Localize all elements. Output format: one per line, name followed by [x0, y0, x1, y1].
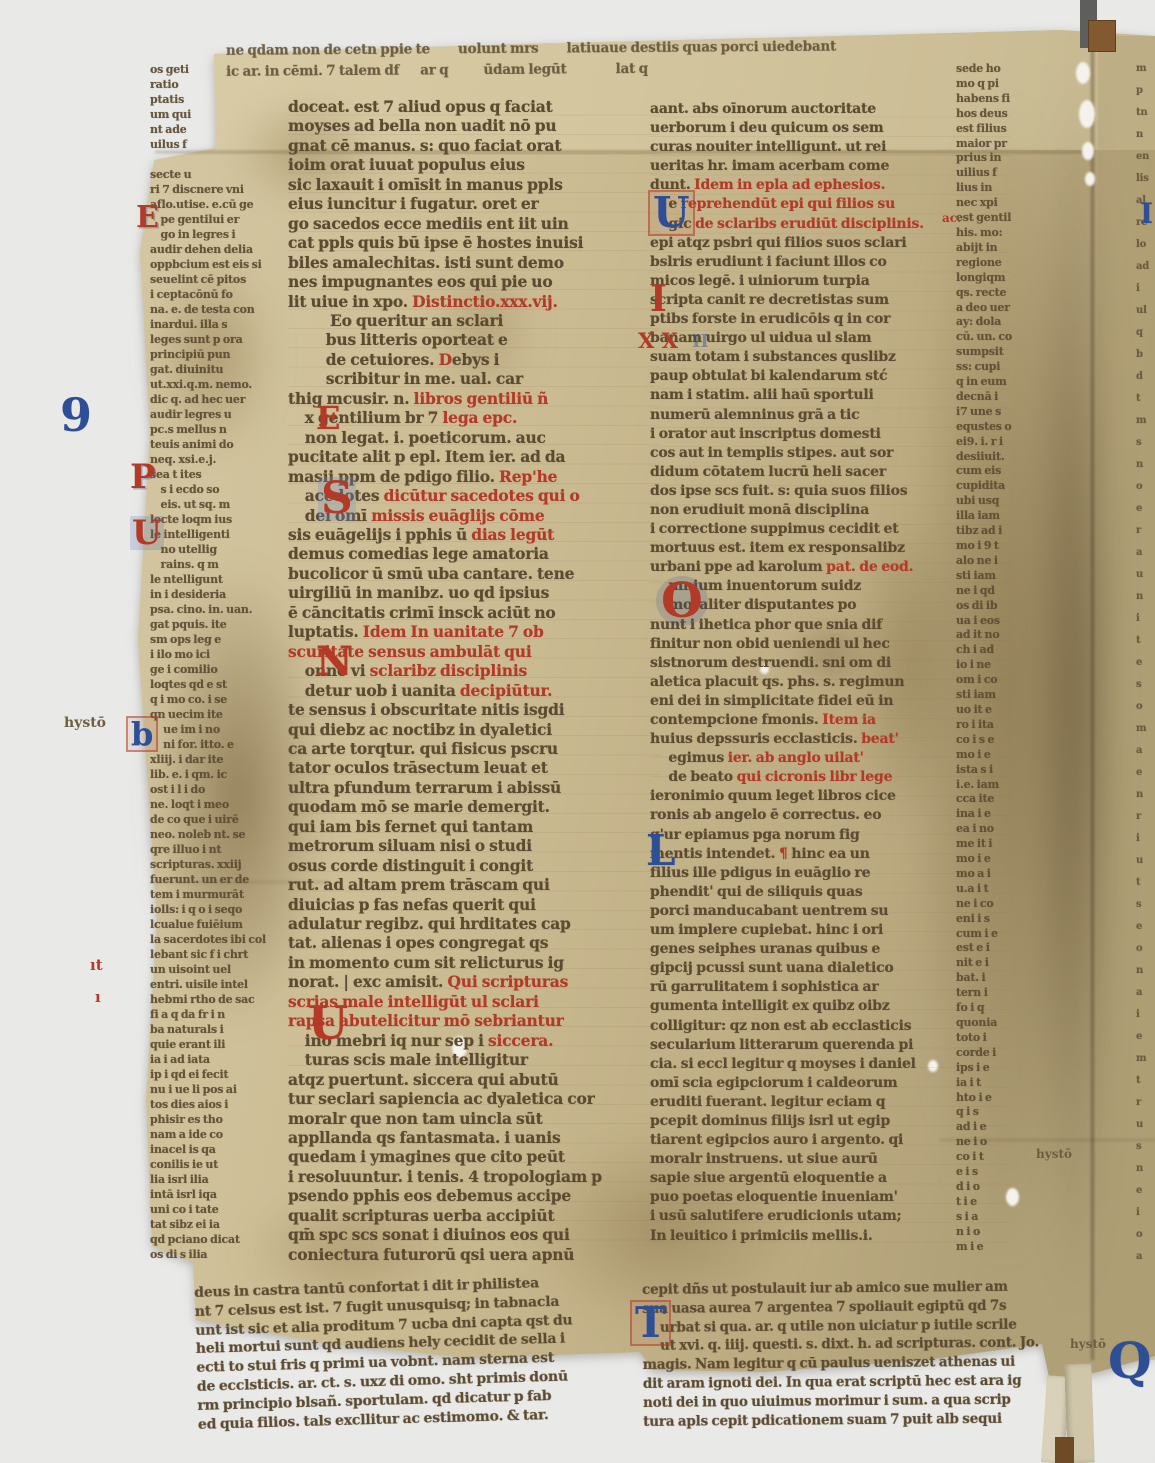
manuscript-line: te sensus i obscuritate nitis isgdi	[288, 700, 648, 719]
manuscript-line: tator oculos trāsectum leuat et	[288, 758, 648, 777]
manuscript-line: eni dei in simplicitate fidei eū in	[650, 692, 950, 711]
manuscript-line: ne. loqt i meo	[150, 797, 290, 812]
text-column-far-right-fragment: mptnnenlisalreloadiulqbdtmsnoeraunitesom…	[1136, 58, 1155, 1268]
manuscript-line: m	[1136, 1048, 1155, 1070]
manuscript-line: ultra pfundum terrarum i abissū	[288, 778, 648, 797]
manuscript-line: mo i e	[956, 852, 1048, 867]
manuscript-line: bucolicor ū smū uba cantare. tene	[288, 564, 648, 583]
manuscript-line: om i co	[956, 673, 1048, 688]
manuscript-line: i	[1136, 278, 1155, 300]
manuscript-line: appllanda qs fantasmata. i uanis	[288, 1128, 648, 1147]
manuscript-line: r	[1136, 520, 1155, 542]
manuscript-line: n	[1136, 454, 1155, 476]
manuscript-line: i ceptacōnū fo	[150, 287, 290, 302]
manuscript-line: gnat cē manus. s: quo faciat orat	[288, 136, 648, 155]
manuscript-line: qre illuo i nt	[150, 842, 290, 857]
manuscript-line: mortuus est. item ex responsalibz	[650, 539, 950, 558]
manuscript-line: e	[1136, 762, 1155, 784]
manuscript-line: nes impugnantes eos qui pie uo	[288, 272, 648, 291]
illuminated-initial-L: L	[646, 830, 676, 872]
manuscript-line: r	[1136, 1092, 1155, 1114]
manuscript-line: filius ille pdigus in euāglio re	[650, 864, 950, 883]
manuscript-line: o	[1136, 938, 1155, 960]
manuscript-line: um qui	[150, 107, 290, 122]
manuscript-line: tern i	[956, 986, 1048, 1001]
illuminated-initial-U: U	[130, 516, 164, 550]
manuscript-line: q	[1136, 322, 1155, 344]
manuscript-line: ista s i	[956, 763, 1048, 778]
manuscript-line: ei9. i. r i	[956, 435, 1048, 450]
manuscript-line: i7 une s	[956, 405, 1048, 420]
manuscript-line: b	[1136, 344, 1155, 366]
manuscript-line: i.e. iam	[956, 778, 1048, 793]
manuscript-line: prius in	[956, 151, 1048, 166]
manuscript-line: sti iam	[956, 688, 1048, 703]
manuscript-line: maior pr	[956, 137, 1048, 152]
manuscript-line: i	[1136, 608, 1155, 630]
manuscript-line: moyses ad bella non uadit nō pu	[288, 116, 648, 135]
manuscript-line: neo. noleb nt. se	[150, 827, 290, 842]
manuscript-line: ieronimio quum leget libros cice	[650, 787, 950, 806]
manuscript-line: os di ib	[956, 599, 1048, 614]
manuscript-line: equstes o	[956, 420, 1048, 435]
manuscript-line: hto i e	[956, 1091, 1048, 1106]
margin-mark: hystō	[1036, 1148, 1072, 1160]
manuscript-line: bslris erudiunt i faciunt illos co	[650, 253, 950, 272]
manuscript-line: lia isrl ilia	[150, 1172, 290, 1187]
manuscript-line: est gentil	[956, 211, 1048, 226]
manuscript-line: ad	[1136, 256, 1155, 278]
manuscript-line: epi atqz psbri qui filios suos sclari	[650, 234, 950, 253]
manuscript-line: ubi usq	[956, 494, 1048, 509]
manuscript-line: os di s ilia	[150, 1247, 290, 1262]
mounting-rod-bottom	[1055, 1437, 1074, 1463]
manuscript-line: ba naturals i	[150, 1022, 290, 1037]
manuscript-line: finitur non obid ueniendi ul hec	[650, 635, 950, 654]
wood-block	[1088, 20, 1116, 52]
manuscript-line: r	[1136, 806, 1155, 828]
manuscript-line: n	[1136, 1158, 1155, 1180]
manuscript-line: rains. q m	[150, 557, 290, 572]
manuscript-line: s	[1136, 432, 1155, 454]
manuscript-line: n i o	[956, 1225, 1048, 1240]
manuscript-line: m	[1136, 58, 1155, 80]
manuscript-line: sapie siue argentū eloquentie a	[650, 1169, 950, 1188]
manuscript-line: lo	[1136, 234, 1155, 256]
manuscript-line: sistnorum destruendi. sni om di	[650, 654, 950, 673]
manuscript-line: aletica placuit qs. phs. s. regimun	[650, 673, 950, 692]
manuscript-line: in i desideria	[150, 587, 290, 602]
tear-hole	[1079, 100, 1095, 128]
manuscript-line: osus corde distinguit i congit	[288, 856, 648, 875]
manuscript-line: non legat. i. poeticorum. auc	[288, 428, 648, 447]
manuscript-line: scripturas. xxiij	[150, 857, 290, 872]
manuscript-line: porci manducabant uentrem su	[650, 902, 950, 921]
manuscript-line: fi a q da fr i n	[150, 1007, 290, 1022]
manuscript-line: phisir es tho	[150, 1112, 290, 1127]
manuscript-line: ne i co	[956, 897, 1048, 912]
manuscript-line: a	[1136, 740, 1155, 762]
manuscript-line: uilus f	[150, 137, 290, 152]
manuscript-line: ratio	[150, 77, 290, 92]
manuscript-line: dunt. Idem in epla ad ephesios.	[650, 176, 950, 195]
manuscript-line: turas scis male intelligitur	[288, 1050, 648, 1069]
manuscript-line: micos legē. i uiniorum turpia	[650, 272, 950, 291]
manuscript-line: a	[1136, 542, 1155, 564]
margin-mark: I	[650, 281, 667, 317]
manuscript-line: huius depssuris ecclasticis. beat'	[650, 730, 950, 749]
manuscript-line: nt ade	[150, 122, 290, 137]
manuscript-line: aant. abs oīnorum auctoritate	[650, 100, 950, 119]
manuscript-line: t	[1136, 872, 1155, 894]
illuminated-initial-U: U	[648, 190, 695, 236]
manuscript-line: t i e	[956, 1195, 1048, 1210]
manuscript-line: co i s e	[956, 733, 1048, 748]
manuscript-line: um implere cupiebat. hinc i ori	[650, 921, 950, 940]
manuscript-line: eius iuncitur i fugatur. oret er	[288, 194, 648, 213]
manuscript-line: rut. ad altam prem trāscam qui	[288, 875, 648, 894]
manuscript-line: paup obtulat bi kalendarum stć	[650, 367, 950, 386]
manuscript-line: ē cāncitatis crimī insck aciūt no	[288, 603, 648, 622]
manuscript-line: go sacedos ecce mediis ent iit uin	[288, 214, 648, 233]
manuscript-line: le ntelligunt	[150, 572, 290, 587]
manuscript-line: q in eum	[956, 375, 1048, 390]
manuscript-line: colligitur: qz non est ab ecclasticis	[650, 1017, 950, 1036]
manuscript-line: pe gentilui er	[150, 212, 290, 227]
manuscript-line: s	[1136, 674, 1155, 696]
manuscript-line: cat ppls quis bū ipse ē hostes inuisi	[288, 233, 648, 252]
text-column-right-fragment: sede homo q pihabens fihos deusest filiu…	[956, 62, 1048, 1255]
manuscript-line: t	[1136, 388, 1155, 410]
margin-mark: 9	[60, 392, 92, 438]
manuscript-line: i	[1136, 1004, 1155, 1026]
manuscript-line: psa. cino. in. uan.	[150, 602, 290, 617]
manuscript-line: sic laxauit i omīsit in manus ppls	[288, 175, 648, 194]
tear-hole	[1082, 142, 1094, 160]
manuscript-line: i	[1136, 1202, 1155, 1224]
manuscript-line: neq. xsi.e.j.	[150, 452, 290, 467]
manuscript-line: cupidita	[956, 479, 1048, 494]
manuscript-line: seuelint cē pitos	[150, 272, 290, 287]
manuscript-line: pc.s mellus n	[150, 422, 290, 437]
manuscript-line: inacel is qa	[150, 1142, 290, 1157]
manuscript-line: qualit scripturas uerba accipiūt	[288, 1206, 648, 1225]
manuscript-line: bus litteris oporteat e	[288, 330, 648, 349]
manuscript-line: puo poetas eloquentie inueniam'	[650, 1188, 950, 1207]
manuscript-line: gipcij pcussi sunt uana dialetico	[650, 959, 950, 978]
manuscript-line: lit uiue in xpo. Distinctio.xxx.vij.	[288, 292, 648, 311]
manuscript-line: leges sunt p ora	[150, 332, 290, 347]
manuscript-line: un uisoint uel	[150, 962, 290, 977]
manuscript-line: quie erant ili	[150, 1037, 290, 1052]
manuscript-line: gumenta intelligit ex quibz oibz	[650, 997, 950, 1016]
manuscript-line: eni i s	[956, 912, 1048, 927]
manuscript-line: lcualue fuiēium	[150, 917, 290, 932]
manuscript-line: secte u	[150, 167, 290, 182]
manuscript-line: alo ne i	[956, 554, 1048, 569]
manuscript-line: egimus ier. ab anglo uilat'	[650, 749, 950, 768]
manuscript-line: audir dehen delia	[150, 242, 290, 257]
manuscript-line: oppbcium est eis si	[150, 257, 290, 272]
manuscript-line: qui iam bis fernet qui tantam	[288, 817, 648, 836]
manuscript-line: mo a i	[956, 867, 1048, 882]
manuscript-line: io i ne	[956, 658, 1048, 673]
manuscript-line: u	[1136, 850, 1155, 872]
manuscript-line: ia i t	[956, 1076, 1048, 1091]
manuscript-line: norat. | exc amisit. Qui scripturas	[288, 972, 648, 991]
manuscript-line: tibz ad i	[956, 524, 1048, 539]
manuscript-line: qm̄ spc scs sonat i diuinos eos qui	[288, 1225, 648, 1244]
manuscript-line: sumpsit	[956, 345, 1048, 360]
manuscript-line: os geti	[150, 62, 290, 77]
manuscript-line: sm ops leg e	[150, 632, 290, 647]
manuscript-line: a	[1136, 982, 1155, 1004]
manuscript-line: intā isrl iqa	[150, 1187, 290, 1202]
manuscript-line: qd pciano dicat	[150, 1232, 290, 1247]
manuscript-line: ptibs forste in erudicōis q in cor	[650, 310, 950, 329]
manuscript-line: no utellig	[150, 542, 290, 557]
manuscript-line: e	[1136, 652, 1155, 674]
manuscript-line: uni co i tate	[150, 1202, 290, 1217]
manuscript-line: moralr instruens. ut siue aurū	[650, 1150, 950, 1169]
manuscript-line: fuerunt. un er de	[150, 872, 290, 887]
text-column-left-fragment: os getiratioptatisum quint adeuilus f se…	[150, 62, 290, 1262]
manuscript-line: uilius f	[956, 166, 1048, 181]
manuscript-line: quonia	[956, 1016, 1048, 1031]
illuminated-initial-O: O	[656, 576, 708, 626]
illuminated-initial-U: U	[308, 1000, 348, 1046]
manuscript-line: in momento cum sit relicturus ig	[288, 953, 648, 972]
manuscript-line: e	[1136, 916, 1155, 938]
manuscript-line: de beato qui cicronis libr lege	[650, 768, 950, 787]
manuscript-line: loqtes qd e st	[150, 677, 290, 692]
manuscript-line: o	[1136, 1224, 1155, 1246]
manuscript-line: sis euāgelijs i pphis ū dias legūt	[288, 525, 648, 544]
tear-hole	[1085, 172, 1095, 186]
manuscript-line: tat. alienas i opes congregat qs	[288, 933, 648, 952]
manuscript-line: qs. recte	[956, 286, 1048, 301]
manuscript-line: u	[1136, 1114, 1155, 1136]
manuscript-line: ia i ad iata	[150, 1052, 290, 1067]
manuscript-line: moralr que non tam uincla sūt	[288, 1109, 648, 1128]
manuscript-line: e	[1136, 498, 1155, 520]
manuscript-line: corde i	[956, 1046, 1048, 1061]
manuscript-line: diuicias p fas nefas querit qui	[288, 895, 648, 914]
manuscript-line: contempcione fmonis. Item ia	[650, 711, 950, 730]
manuscript-line: mentis intendet. ¶ hinc ea un	[650, 845, 950, 864]
manuscript-line: e	[1136, 1180, 1155, 1202]
manuscript-line: tiarent egipcios auro i argento. qi	[650, 1131, 950, 1150]
manuscript-line: iolls: i q o i seqo	[150, 902, 290, 917]
margin-mark: hystō	[64, 716, 106, 730]
margin-mark: II	[692, 333, 709, 351]
manuscript-line: ut.xxi.q.m. nemo.	[150, 377, 290, 392]
manuscript-line: thig mcusir. n. libros gentiliū ñ	[288, 389, 648, 408]
manuscript-line: q i mo co. i se	[150, 692, 290, 707]
manuscript-line: phendit' qui de siliquis quas	[650, 883, 950, 902]
margin-mark: ı	[95, 990, 101, 1005]
manuscript-line: s	[1136, 894, 1155, 916]
manuscript-line: de co que i uirē	[150, 812, 290, 827]
manuscript-line: m	[1136, 718, 1155, 740]
manuscript-line: e	[1136, 1026, 1155, 1048]
illuminated-initial-T: T	[630, 1300, 671, 1346]
manuscript-line: ue im i no	[150, 722, 290, 737]
manuscript-line: me it i	[956, 837, 1048, 852]
manuscript-line: i	[1136, 828, 1155, 850]
illuminated-initial-E: E	[136, 203, 159, 233]
manuscript-line: ch i ad	[956, 643, 1048, 658]
manuscript-line: entri. uisile intel	[150, 977, 290, 992]
manuscript-line: m i e	[956, 1240, 1048, 1255]
manuscript-line: dic q. ad hec uer	[150, 392, 290, 407]
manuscript-line: metrorum siluam nisi o studi	[288, 836, 648, 855]
manuscript-line: co i t	[956, 1150, 1048, 1165]
manuscript-line: didum cōtatem lucrū heli sacer	[650, 463, 950, 482]
manuscript-line: ina i e	[956, 807, 1048, 822]
manuscript-line: gat pquis. ite	[150, 617, 290, 632]
manuscript-line: i correctione suppimus cecidit et	[650, 520, 950, 539]
manuscript-line: sti iam	[956, 569, 1048, 584]
manuscript-line: longiqm	[956, 271, 1048, 286]
manuscript-line: qui diebz ac noctibz in dyaletici	[288, 720, 648, 739]
manuscript-line: t	[1136, 630, 1155, 652]
manuscript-line: nam a ide co	[150, 1127, 290, 1142]
manuscript-line: scribitur in me. ual. car	[288, 369, 648, 388]
manuscript-line: dos ipse scs fuit. s: quia suos filios	[650, 482, 950, 501]
manuscript-line: na. e. de testa con	[150, 302, 290, 317]
manuscript-line: x gentilium br 7 lega epc.	[288, 408, 648, 427]
manuscript-line: ost i l i do	[150, 782, 290, 797]
illuminated-initial-E: E	[316, 402, 340, 434]
manuscript-line: teuis animi do	[150, 437, 290, 452]
manuscript-line: i resoluuntur. i tenis. 4 tropologiam p	[288, 1167, 648, 1186]
manuscript-line: doceat. est 7 aliud opus q faciat	[288, 97, 648, 116]
manuscript-line: quodam mō se marie demergit.	[288, 797, 648, 816]
manuscript-line: est filius	[956, 122, 1048, 137]
manuscript-line: conilis ie ut	[150, 1157, 290, 1172]
manuscript-line: lebant sic f i chrt	[150, 947, 290, 962]
manuscript-line: xliij. i dar ite	[150, 752, 290, 767]
manuscript-line: tura apls cepit pdicationem suam 7 puit …	[643, 1409, 1063, 1431]
manuscript-line: nit e i	[956, 956, 1048, 971]
manuscript-line: mo q pi	[956, 77, 1048, 92]
manuscript-line: m	[1136, 410, 1155, 432]
manuscript-line: adulatur regibz. qui hrditates cap	[288, 914, 648, 933]
manuscript-line: scripta canit re decretistas sum	[650, 291, 950, 310]
photo-background: ne qdam non de cetn ppie te uolunt mrs l…	[0, 0, 1155, 1463]
manuscript-line: genes seiphes uranas quibus e	[650, 940, 950, 959]
manuscript-line: s	[1136, 1136, 1155, 1158]
margin-mark: ıt	[90, 958, 103, 973]
manuscript-line: ueritas hr. imam acerbam come	[650, 157, 950, 176]
manuscript-line: ne i o	[956, 1135, 1048, 1150]
manuscript-line: go in legres i	[150, 227, 290, 242]
manuscript-line: la sacerdotes ibi col	[150, 932, 290, 947]
manuscript-line: cum eis	[956, 464, 1048, 479]
manuscript-line: cū. un. co	[956, 330, 1048, 345]
manuscript-line	[150, 152, 290, 167]
manuscript-line: fo i q	[956, 1001, 1048, 1016]
manuscript-line: mo i e	[956, 748, 1048, 763]
manuscript-line: ul	[1136, 300, 1155, 322]
manuscript-line: ad it no	[956, 628, 1048, 643]
illuminated-initial-S: S	[318, 477, 356, 521]
manuscript-line: secularium litterarum querenda pi	[650, 1036, 950, 1055]
manuscript-line: cos aut in templis stipes. aut sor	[650, 444, 950, 463]
bottom-left-lines: deus in castra tantū confortat i dit ir …	[194, 1271, 648, 1434]
manuscript-line: tat sibz ei ia	[150, 1217, 290, 1232]
manuscript-line: n	[1136, 960, 1155, 982]
manuscript-line: le intelligenti	[150, 527, 290, 542]
manuscript-line: demus comedias lege amatoria	[288, 544, 648, 563]
manuscript-line: psendo pphis eos debemus accipe	[288, 1186, 648, 1205]
manuscript-line: o	[1136, 476, 1155, 498]
manuscript-line: pucitate alit p epl. Item ier. ad da	[288, 447, 648, 466]
manuscript-line: curas nouiter intelligunt. ut rei	[650, 138, 950, 157]
manuscript-line: aflo.utise. e.cū ge	[150, 197, 290, 212]
manuscript-line: sea t ites	[150, 467, 290, 482]
manuscript-line: lib. e. i qm. ic	[150, 767, 290, 782]
manuscript-line: n	[1136, 784, 1155, 806]
manuscript-line: biles amalechitas. isti sunt demo	[288, 253, 648, 272]
margin-mark: ac.	[942, 212, 961, 224]
margin-mark: hystō	[1070, 1338, 1106, 1350]
illuminated-initial-P: P	[130, 460, 156, 494]
fold-crease-vertical	[1090, 34, 1095, 1360]
illuminated-initial-N: N	[316, 642, 353, 682]
manuscript-line: lecte loqm ius	[150, 512, 290, 527]
manuscript-line: o	[1136, 696, 1155, 718]
manuscript-line: uerborum i deu quicum os sem	[650, 119, 950, 138]
manuscript-line: habens fi	[956, 92, 1048, 107]
manuscript-line: e i s	[956, 1165, 1048, 1180]
manuscript-line: cia. si eccl legitur q moyses i daniel	[650, 1055, 950, 1074]
manuscript-line: ip i qd ei fecit	[150, 1067, 290, 1082]
manuscript-line: a deo uer	[956, 301, 1048, 316]
manuscript-line: principiū pun	[150, 347, 290, 362]
manuscript-line: gic de sclaribs erudiūt disciplinis.	[650, 215, 950, 234]
manuscript-line: his. mo:	[956, 226, 1048, 241]
manuscript-line: ptatis	[150, 92, 290, 107]
manuscript-line: e reprehendūt epi qui filios su	[650, 195, 950, 214]
manuscript-line: eis. ut sq. m	[150, 497, 290, 512]
manuscript-line: tos dies aios i	[150, 1097, 290, 1112]
manuscript-line: audir legres u	[150, 407, 290, 422]
manuscript-line: n	[1136, 586, 1155, 608]
manuscript-line: mo i 9 t	[956, 539, 1048, 554]
manuscript-line: numerū alemninus grā a tic	[650, 406, 950, 425]
manuscript-line: en	[1136, 146, 1155, 168]
manuscript-line: ge i comilio	[150, 662, 290, 677]
manuscript-line: rū garrulitatem i sophistica ar	[650, 978, 950, 997]
manuscript-line: cum i e	[956, 927, 1048, 942]
manuscript-line: q i s	[956, 1105, 1048, 1120]
manuscript-line: pcepit dominus filijs isrl ut egip	[650, 1112, 950, 1131]
manuscript-line: ua i eos	[956, 614, 1048, 629]
manuscript-line: qn uecim ite	[150, 707, 290, 722]
manuscript-line: ea i no	[956, 822, 1048, 837]
manuscript-line: ioim orat iuuat populus eius	[288, 155, 648, 174]
manuscript-line: est e i	[956, 941, 1048, 956]
manuscript-line: a	[1136, 1246, 1155, 1268]
manuscript-line: In leuitico i primiciis mellis.i.	[650, 1227, 950, 1246]
manuscript-line: toto i	[956, 1031, 1048, 1046]
margin-mark: X X	[638, 330, 678, 351]
manuscript-line: ss: cupi	[956, 360, 1048, 375]
manuscript-line: ips i e	[956, 1061, 1048, 1076]
manuscript-line: regione	[956, 256, 1048, 271]
